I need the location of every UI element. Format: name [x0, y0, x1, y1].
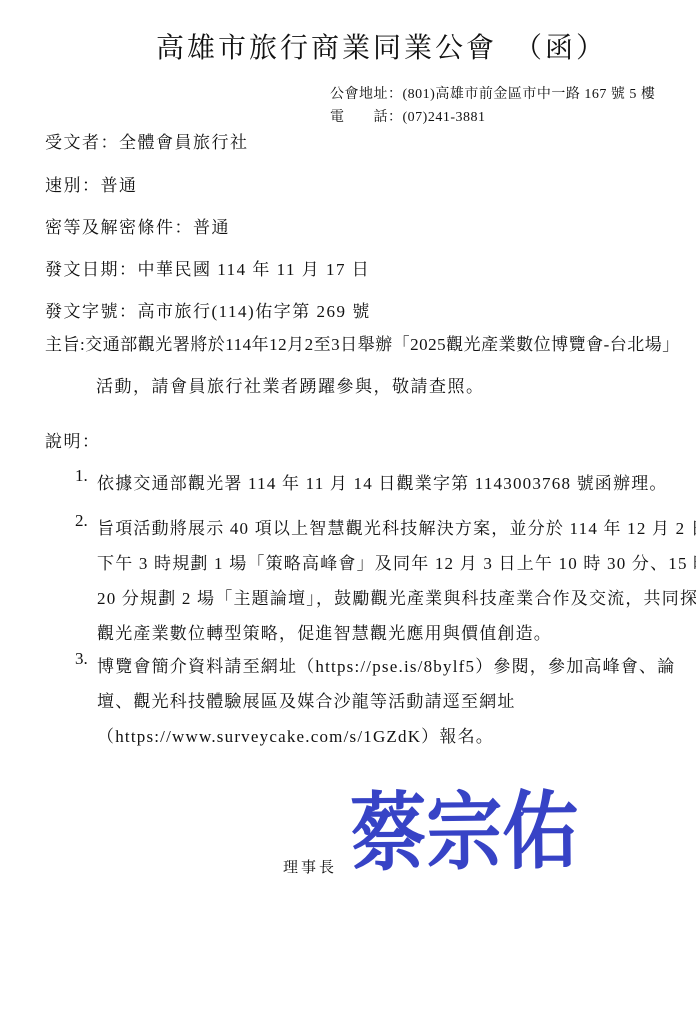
field-security: 密等及解密條件：普通 [45, 213, 230, 238]
item-3-text: 博覽會簡介資料請至網址（https://pse.is/8bylf5）參閱，參加高… [97, 649, 672, 754]
field-doc-number: 發文字號：高市旅行(114)佑字第 269 號 [45, 297, 371, 322]
explanation-item-1: 1. 依據交通部觀光署 114 年 11 月 14 日觀業字第 11430037… [75, 466, 672, 501]
field-security-value: 普通 [193, 218, 230, 237]
item-3-line-1: 博覽會簡介資料請至網址（https://pse.is/8bylf5）參閱，參加高… [97, 649, 672, 684]
item-2-line-3: 20 分規劃 2 場「主題論壇」，鼓勵觀光產業與科技產業合作及交流，共同探討 [97, 581, 672, 616]
item-1-number: 1. [75, 466, 88, 486]
chairman-signature: 蔡宗佑 [350, 790, 579, 877]
field-speed: 速別：普通 [45, 171, 138, 196]
item-2-number: 2. [75, 511, 88, 531]
item-2-line-2: 下午 3 時規劃 1 場「策略高峰會」及同年 12 月 3 日上午 10 時 3… [97, 546, 672, 581]
field-doc-number-value: 高市旅行(114)佑字第 269 號 [138, 302, 371, 321]
item-2-line-4: 觀光產業數位轉型策略，促進智慧觀光應用與價值創造。 [97, 616, 672, 651]
item-1-line-1: 依據交通部觀光署 114 年 11 月 14 日觀業字第 1143003768 … [97, 466, 672, 501]
association-phone: 電 話：(07)241-3881 [330, 106, 486, 126]
field-recipient-value: 全體會員旅行社 [119, 133, 249, 152]
field-speed-label: 速別： [45, 176, 101, 195]
field-speed-value: 普通 [101, 176, 138, 195]
item-3-number: 3. [75, 649, 88, 669]
field-recipient: 受文者：全體會員旅行社 [45, 128, 249, 153]
item-3-line-3: （https://www.surveycake.com/s/1GZdK）報名。 [97, 719, 672, 754]
subject-line-1: 主旨:交通部觀光署將於114年12月2至3日舉辦「2025觀光產業數位博覽會-台… [45, 330, 680, 355]
official-letter-page: 高雄市旅行商業同業公會 （函） 公會地址：(801)高雄市前金區市中一路 167… [0, 0, 696, 1024]
document-title: 高雄市旅行商業同業公會 （函） [156, 26, 607, 66]
field-security-label: 密等及解密條件： [45, 218, 193, 237]
explanation-label: 說明： [45, 427, 101, 452]
item-2-text: 旨項活動將展示 40 項以上智慧觀光科技解決方案，並分於 114 年 12 月 … [97, 511, 672, 651]
item-3-line-2: 壇、觀光科技體驗展區及媒合沙龍等活動請逕至網址 [97, 684, 672, 719]
association-address: 公會地址：(801)高雄市前金區市中一路 167 號 5 樓 [330, 83, 655, 103]
field-issue-date-label: 發文日期： [45, 260, 138, 279]
subject-text: 交通部觀光署將於114年12月2至3日舉辦「2025觀光產業數位博覽會-台北場」 [85, 335, 680, 354]
field-issue-date-value: 中華民國 114 年 11 月 17 日 [138, 260, 371, 279]
item-2-line-1: 旨項活動將展示 40 項以上智慧觀光科技解決方案，並分於 114 年 12 月 … [97, 511, 672, 546]
item-1-text: 依據交通部觀光署 114 年 11 月 14 日觀業字第 1143003768 … [97, 466, 672, 501]
subject-label: 主旨: [45, 335, 85, 354]
field-issue-date: 發文日期：中華民國 114 年 11 月 17 日 [45, 255, 370, 280]
subject-line-2: 活動，請會員旅行社業者踴躍參與，敬請查照。 [96, 372, 485, 397]
explanation-item-2: 2. 旨項活動將展示 40 項以上智慧觀光科技解決方案，並分於 114 年 12… [75, 511, 672, 651]
chairman-title: 理事長 [283, 856, 337, 877]
field-doc-number-label: 發文字號： [45, 302, 138, 321]
field-recipient-label: 受文者： [45, 133, 119, 152]
explanation-item-3: 3. 博覽會簡介資料請至網址（https://pse.is/8bylf5）參閱，… [75, 649, 672, 754]
